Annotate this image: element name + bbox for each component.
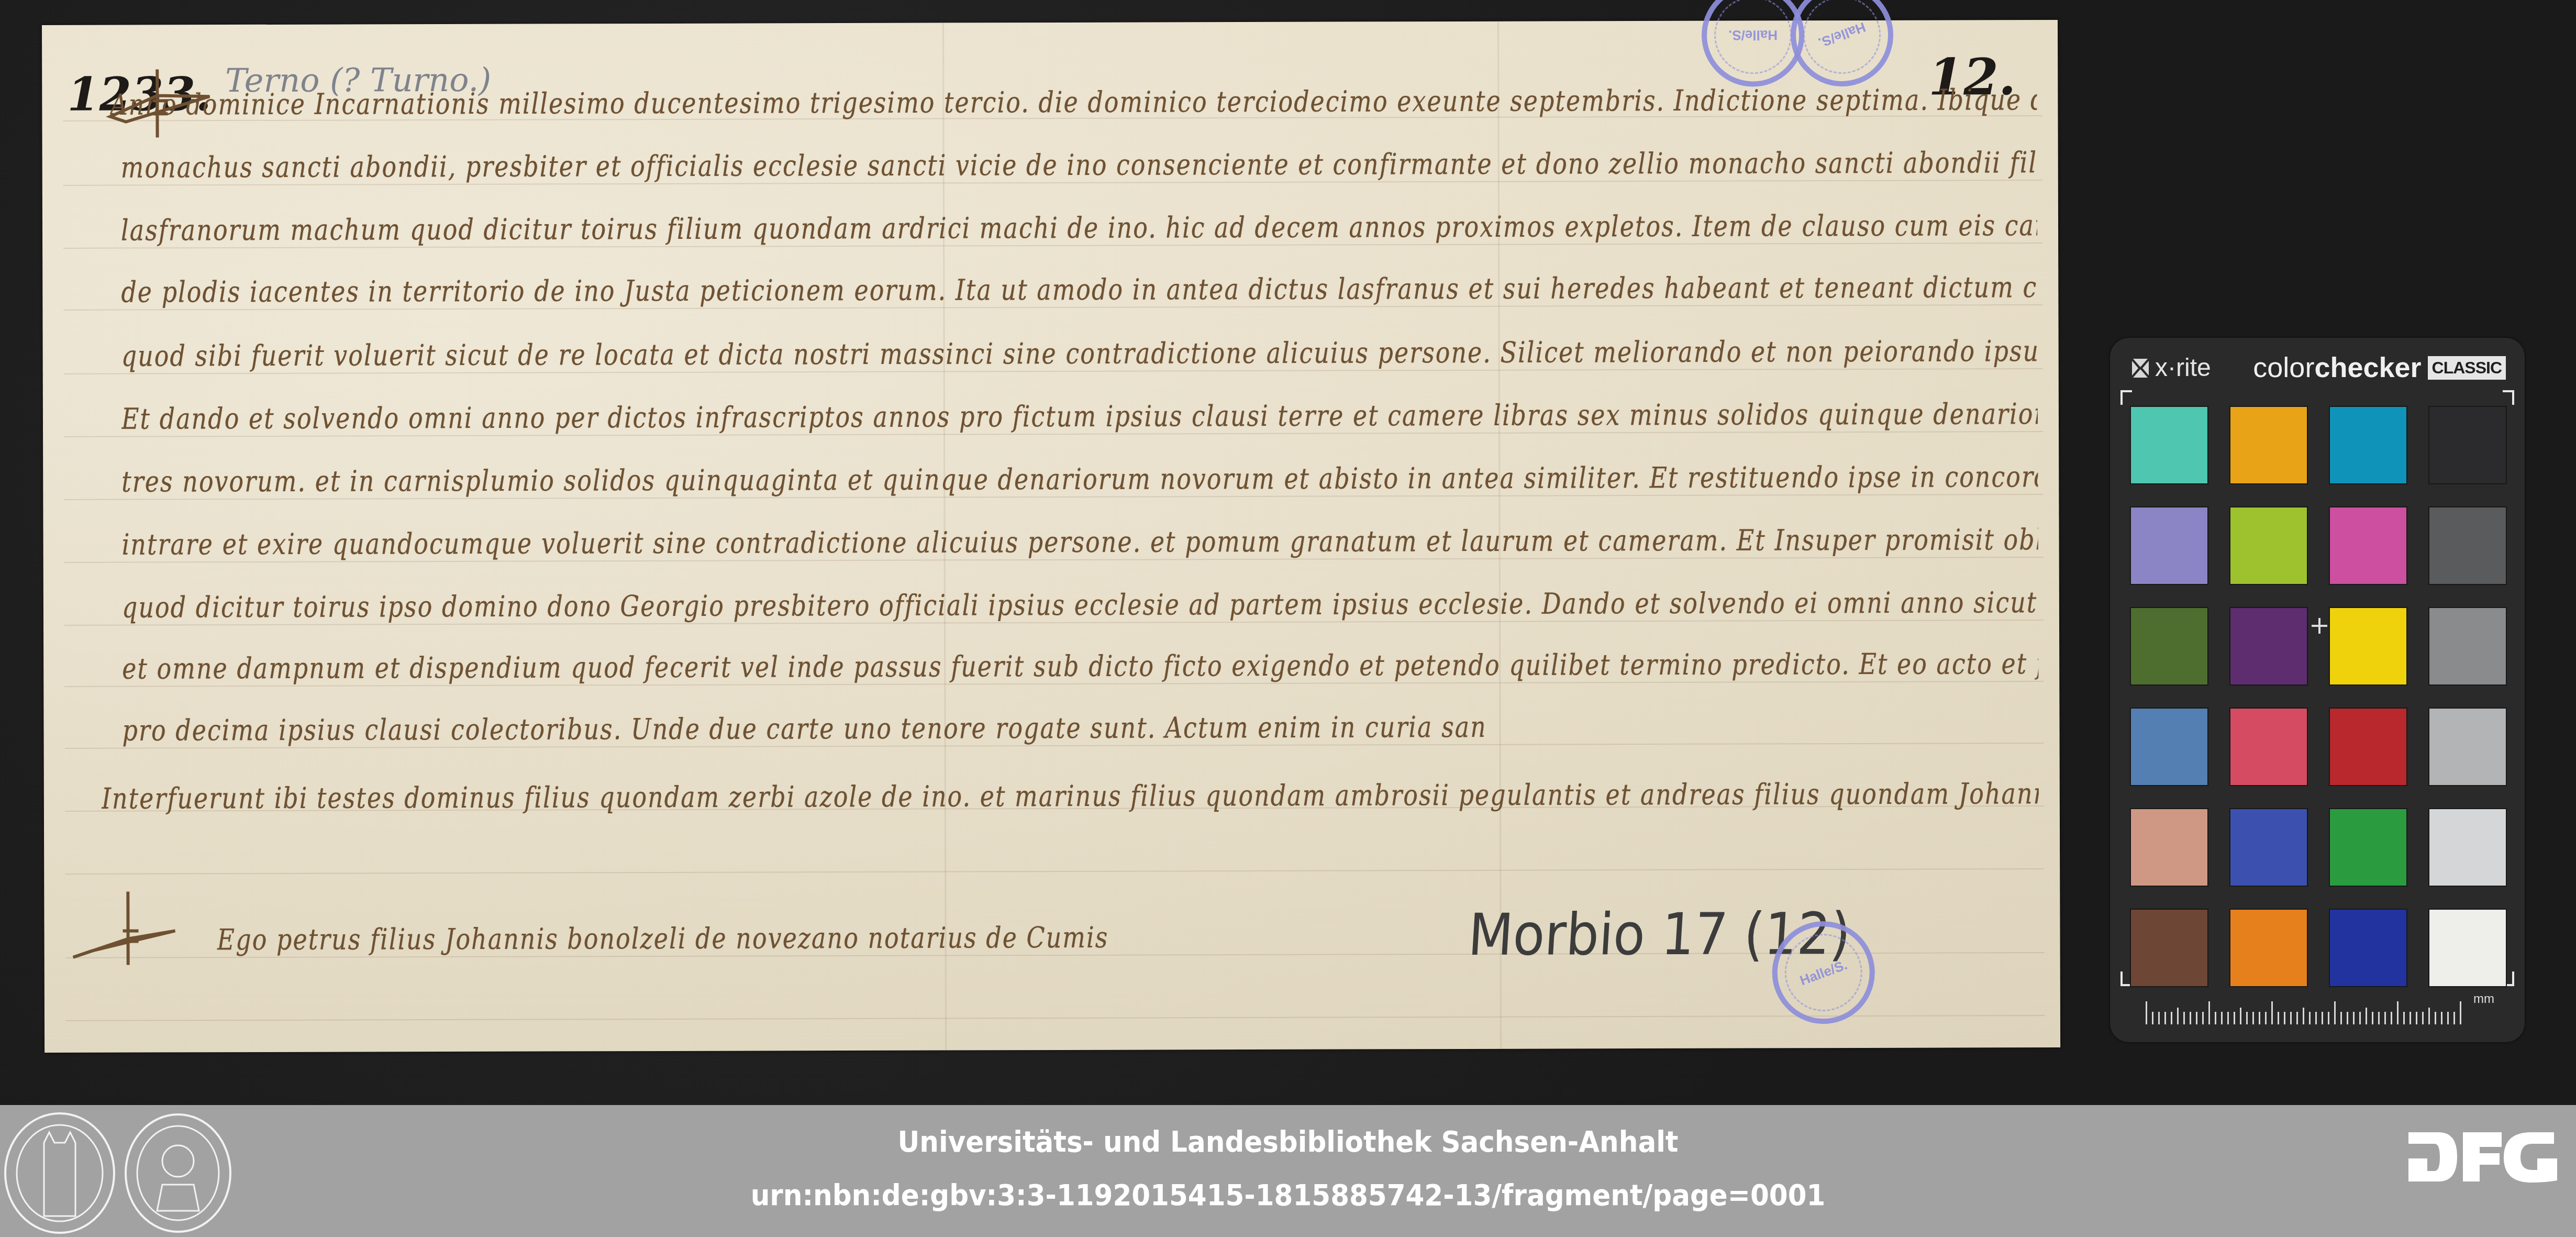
ruler-tick	[2315, 1012, 2317, 1024]
text-line: Interfuerunt ibi testes dominus filius q…	[102, 777, 2039, 815]
color-patch	[2229, 909, 2308, 987]
color-patch	[2130, 506, 2208, 585]
text-line: intrare et exire quandocumque voluerit s…	[122, 523, 2038, 561]
ruler-tick	[2215, 1012, 2216, 1024]
color-patch	[2329, 506, 2407, 585]
xrite-mark-icon	[2131, 358, 2150, 379]
color-patch-grid	[2130, 406, 2507, 987]
registration-corner	[2503, 390, 2514, 405]
text-line: quod dicitur toirus ipso domino dono Geo…	[122, 586, 2038, 624]
color-patch	[2329, 808, 2407, 887]
text-line: Et dando et solvendo omni anno per dicto…	[121, 397, 2038, 436]
ruler-tick	[2158, 1012, 2160, 1024]
text-line: pro decima ipsius clausi colectoribus. U…	[122, 710, 1483, 747]
ruler-tick	[2322, 1012, 2323, 1024]
ruler-tick	[2378, 1012, 2380, 1024]
color-patch	[2130, 909, 2208, 987]
ruler-tick	[2340, 1012, 2342, 1024]
dfg-logo-icon	[2407, 1131, 2558, 1184]
ruling-line	[65, 868, 2044, 875]
ruler-tick	[2416, 1012, 2417, 1024]
color-patch	[2229, 506, 2308, 585]
text-line: tres novorum. et in carnisplumio solidos…	[121, 460, 2038, 499]
ruler-tick	[2278, 1012, 2279, 1024]
ruler-tick	[2146, 1001, 2147, 1024]
color-patch	[2229, 808, 2308, 887]
ruler-tick	[2190, 1012, 2191, 1024]
ruler-tick	[2334, 1001, 2336, 1024]
mm-ruler	[2146, 1001, 2470, 1024]
xrite-logo: x·rite	[2131, 354, 2211, 382]
ruler-tick	[2246, 1012, 2248, 1024]
scan-image: 1233. Terno (? Turno.) 12. Anno dominice…	[0, 0, 2576, 1105]
color-patch	[2428, 708, 2507, 786]
color-patch	[2130, 708, 2208, 786]
urn-link[interactable]: urn:nbn:de:gbv:3:3-1192015415-1815885742…	[103, 1178, 2473, 1212]
institution-name: Universitäts- und Landesbibliothek Sachs…	[103, 1125, 2473, 1159]
ruler-tick	[2284, 1012, 2285, 1024]
ruler-tick	[2309, 1012, 2311, 1024]
ruler-tick	[2171, 1012, 2172, 1024]
color-patch	[2428, 506, 2507, 585]
ruler-tick	[2359, 1012, 2361, 1024]
ruler-tick	[2353, 1012, 2355, 1024]
ruler-unit: mm	[2473, 992, 2494, 1007]
ruler-tick	[2164, 1012, 2166, 1024]
ruler-tick	[2303, 1008, 2304, 1024]
ruler-tick	[2328, 1012, 2329, 1024]
ruler-tick	[2234, 1012, 2235, 1024]
text-line: quod sibi fuerit voluerit sicut de re lo…	[121, 334, 2038, 373]
color-patch	[2329, 708, 2407, 786]
brand-name: x·rite	[2155, 354, 2211, 382]
title-light: color	[2253, 351, 2314, 384]
ruler-tick	[2460, 1001, 2461, 1024]
registration-corner	[2120, 390, 2132, 405]
text-line: monachus sancti abondii, presbiter et of…	[121, 146, 2037, 184]
ruler-tick	[2271, 1001, 2273, 1024]
ruler-tick	[2441, 1012, 2442, 1024]
stamp-city: Halle/S.	[1816, 19, 1868, 51]
ruler-tick	[2384, 1012, 2386, 1024]
ruler-tick	[2447, 1012, 2449, 1024]
title-bold: checker	[2314, 351, 2421, 384]
ruler-tick	[2202, 1012, 2204, 1024]
color-patch	[2329, 607, 2407, 686]
ruler-tick	[2453, 1012, 2455, 1024]
ruler-tick	[2397, 1001, 2399, 1024]
ruler-tick	[2347, 1012, 2348, 1024]
color-patch	[2428, 808, 2507, 887]
color-patch	[2229, 708, 2308, 786]
text-line: Anno dominice Incarnationis millesimo du…	[110, 83, 2037, 122]
ruler-tick	[2221, 1012, 2223, 1024]
text-line-subscription: Ego petrus filius Johannis bonolzeli de …	[217, 920, 1117, 956]
colorchecker-card: x·rite color checker CLASSIC mm	[2110, 338, 2525, 1042]
color-patch	[2130, 406, 2208, 484]
classic-badge: CLASSIC	[2428, 356, 2506, 380]
ruler-tick	[2208, 1001, 2210, 1024]
text-line: et omne dampnum et dispendium quod fecer…	[122, 647, 2038, 686]
ruling-line	[65, 1015, 2045, 1021]
text-line: de plodis iacentes in territorio de ino …	[121, 270, 2037, 309]
ruler-tick	[2435, 1012, 2436, 1024]
stamp-city: Halle/S.	[1728, 27, 1778, 43]
ruler-tick	[2422, 1012, 2424, 1024]
library-stamp: Halle/S.	[1702, 0, 1805, 87]
color-patch	[2428, 909, 2507, 987]
ruler-tick	[2240, 1008, 2241, 1024]
text-line: lasfranorum machum quod dicitur toirus f…	[121, 208, 2037, 247]
notary-signum-icon	[70, 889, 185, 968]
ruler-tick	[2403, 1012, 2405, 1024]
color-patch	[2130, 808, 2208, 887]
ruler-tick	[2428, 1008, 2430, 1024]
ruler-tick	[2177, 1008, 2179, 1024]
colorchecker-title: color checker CLASSIC	[2253, 351, 2506, 384]
ruler-tick	[2265, 1012, 2267, 1024]
ruler-tick	[2152, 1012, 2153, 1024]
viewer-footer: Universitäts- und Landesbibliothek Sachs…	[0, 1105, 2576, 1237]
color-patch	[2329, 406, 2407, 484]
ruler-tick	[2372, 1012, 2373, 1024]
ruler-tick	[2391, 1012, 2392, 1024]
color-patch	[2428, 607, 2507, 686]
color-patch	[2329, 909, 2407, 987]
university-seal-icon	[2, 1111, 117, 1235]
ruler-tick	[2252, 1012, 2254, 1024]
crosshair-icon	[2312, 618, 2327, 634]
ruler-tick	[2227, 1012, 2229, 1024]
ruler-tick	[2366, 1008, 2367, 1024]
ruler-tick	[2296, 1012, 2298, 1024]
ruler-tick	[2410, 1012, 2411, 1024]
stamp-city: Halle/S.	[1797, 956, 1849, 988]
color-patch	[2229, 406, 2308, 484]
ruler-tick	[2290, 1012, 2292, 1024]
color-patch	[2130, 607, 2208, 686]
ruler-tick	[2196, 1012, 2197, 1024]
parchment-charter: 1233. Terno (? Turno.) 12. Anno dominice…	[42, 20, 2060, 1053]
color-patch	[2428, 406, 2507, 484]
color-patch	[2229, 607, 2308, 686]
ruler-tick	[2183, 1012, 2185, 1024]
ruler-tick	[2259, 1012, 2260, 1024]
